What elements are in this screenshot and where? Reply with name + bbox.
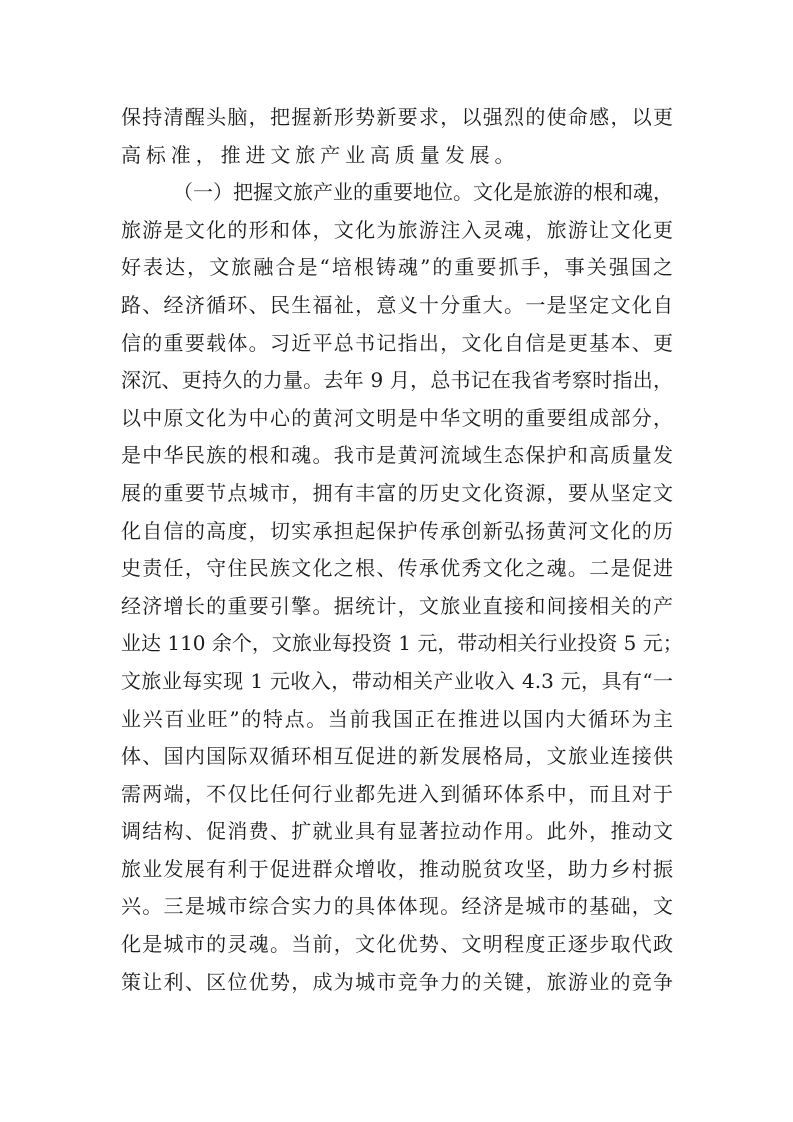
text-line: 化是城市的灵魂。当前，文化优势、文明程度正逐步取代政 <box>121 926 673 964</box>
text-line: 高标准，推进文旅产业高质量发展。 <box>121 137 673 175</box>
text-line: 策让利、区位优势，成为城市竞争力的关键，旅游业的竞争 <box>121 964 673 1002</box>
text-line: 信的重要载体。习近平总书记指出，文化自信是更基本、更 <box>121 325 673 363</box>
text-line: 需两端，不仅比任何行业都先进入到循环体系中，而且对于 <box>121 776 673 814</box>
text-line: 业达 110 余个，文旅业每投资 1 元，带动相关行业投资 5 元； <box>121 625 673 663</box>
text-line: 保持清醒头脑，把握新形势新要求，以强烈的使命感，以更 <box>121 99 673 137</box>
text-line: 调结构、促消费、扩就业具有显著拉动作用。此外，推动文 <box>121 813 673 851</box>
text-line: 化自信的高度，切实承担起保护传承创新弘扬黄河文化的历 <box>121 513 673 551</box>
text-line: 是中华民族的根和魂。我市是黄河流域生态保护和高质量发 <box>121 437 673 475</box>
text-line: 业兴百业旺”的特点。当前我国正在推进以国内大循环为主 <box>121 701 673 739</box>
text-line: 体、国内国际双循环相互促进的新发展格局，文旅业连接供 <box>121 738 673 776</box>
text-line: 旅业发展有利于促进群众增收，推动脱贫攻坚，助力乡村振 <box>121 851 673 889</box>
document-page: 保持清醒头脑，把握新形势新要求，以强烈的使命感，以更 高标准，推进文旅产业高质量… <box>121 99 673 1001</box>
text-line: 史责任，守住民族文化之根、传承优秀文化之魂。二是促进 <box>121 550 673 588</box>
text-line: 经济增长的重要引擎。据统计，文旅业直接和间接相关的产 <box>121 588 673 626</box>
text-line: 文旅业每实现 1 元收入，带动相关产业收入 4.3 元，具有“一 <box>121 663 673 701</box>
text-line: 路、经济循环、民生福祉，意义十分重大。一是坚定文化自 <box>121 287 673 325</box>
text-line: 兴。三是城市综合实力的具体体现。经济是城市的基础，文 <box>121 888 673 926</box>
section-heading-line: （一）把握文旅产业的重要地位。文化是旅游的根和魂， <box>121 174 673 212</box>
text-line: 旅游是文化的形和体，文化为旅游注入灵魂，旅游让文化更 <box>121 212 673 250</box>
text-line: 好表达，文旅融合是“培根铸魂”的重要抓手，事关强国之 <box>121 249 673 287</box>
text-line: 以中原文化为中心的黄河文明是中华文明的重要组成部分， <box>121 400 673 438</box>
text-line: 展的重要节点城市，拥有丰富的历史文化资源，要从坚定文 <box>121 475 673 513</box>
text-line: 深沉、更持久的力量。去年 9 月，总书记在我省考察时指出， <box>121 362 673 400</box>
